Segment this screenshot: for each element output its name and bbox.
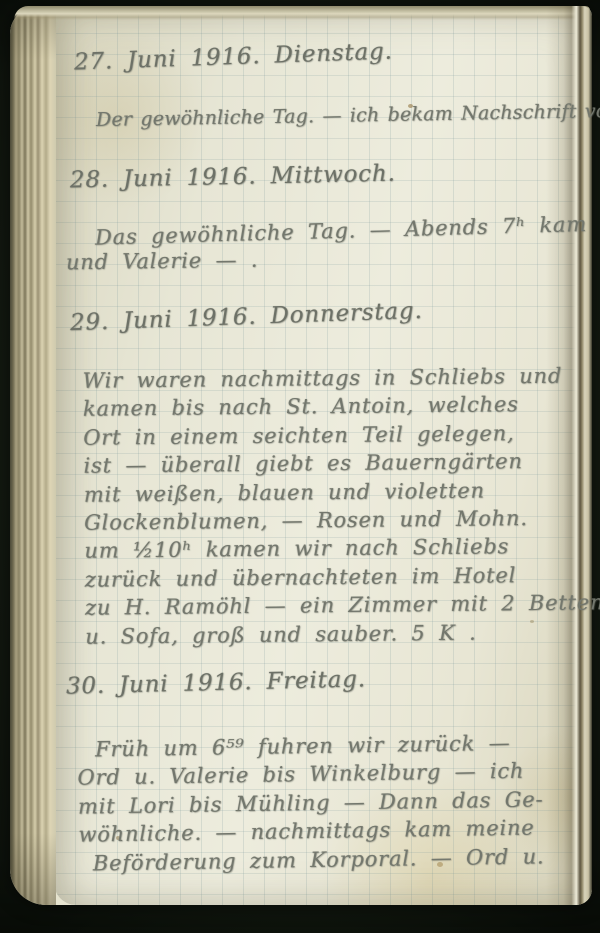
page-edge-top	[14, 6, 590, 20]
page-edge-stack-left	[10, 6, 56, 905]
foxing-speck	[408, 104, 413, 108]
squared-paper	[54, 12, 592, 905]
foxing-speck	[116, 836, 120, 840]
foxing-speck	[437, 862, 443, 867]
notebook-page	[10, 6, 592, 905]
binding-gutter-shadow	[546, 6, 592, 905]
foxing-speck	[530, 620, 534, 623]
